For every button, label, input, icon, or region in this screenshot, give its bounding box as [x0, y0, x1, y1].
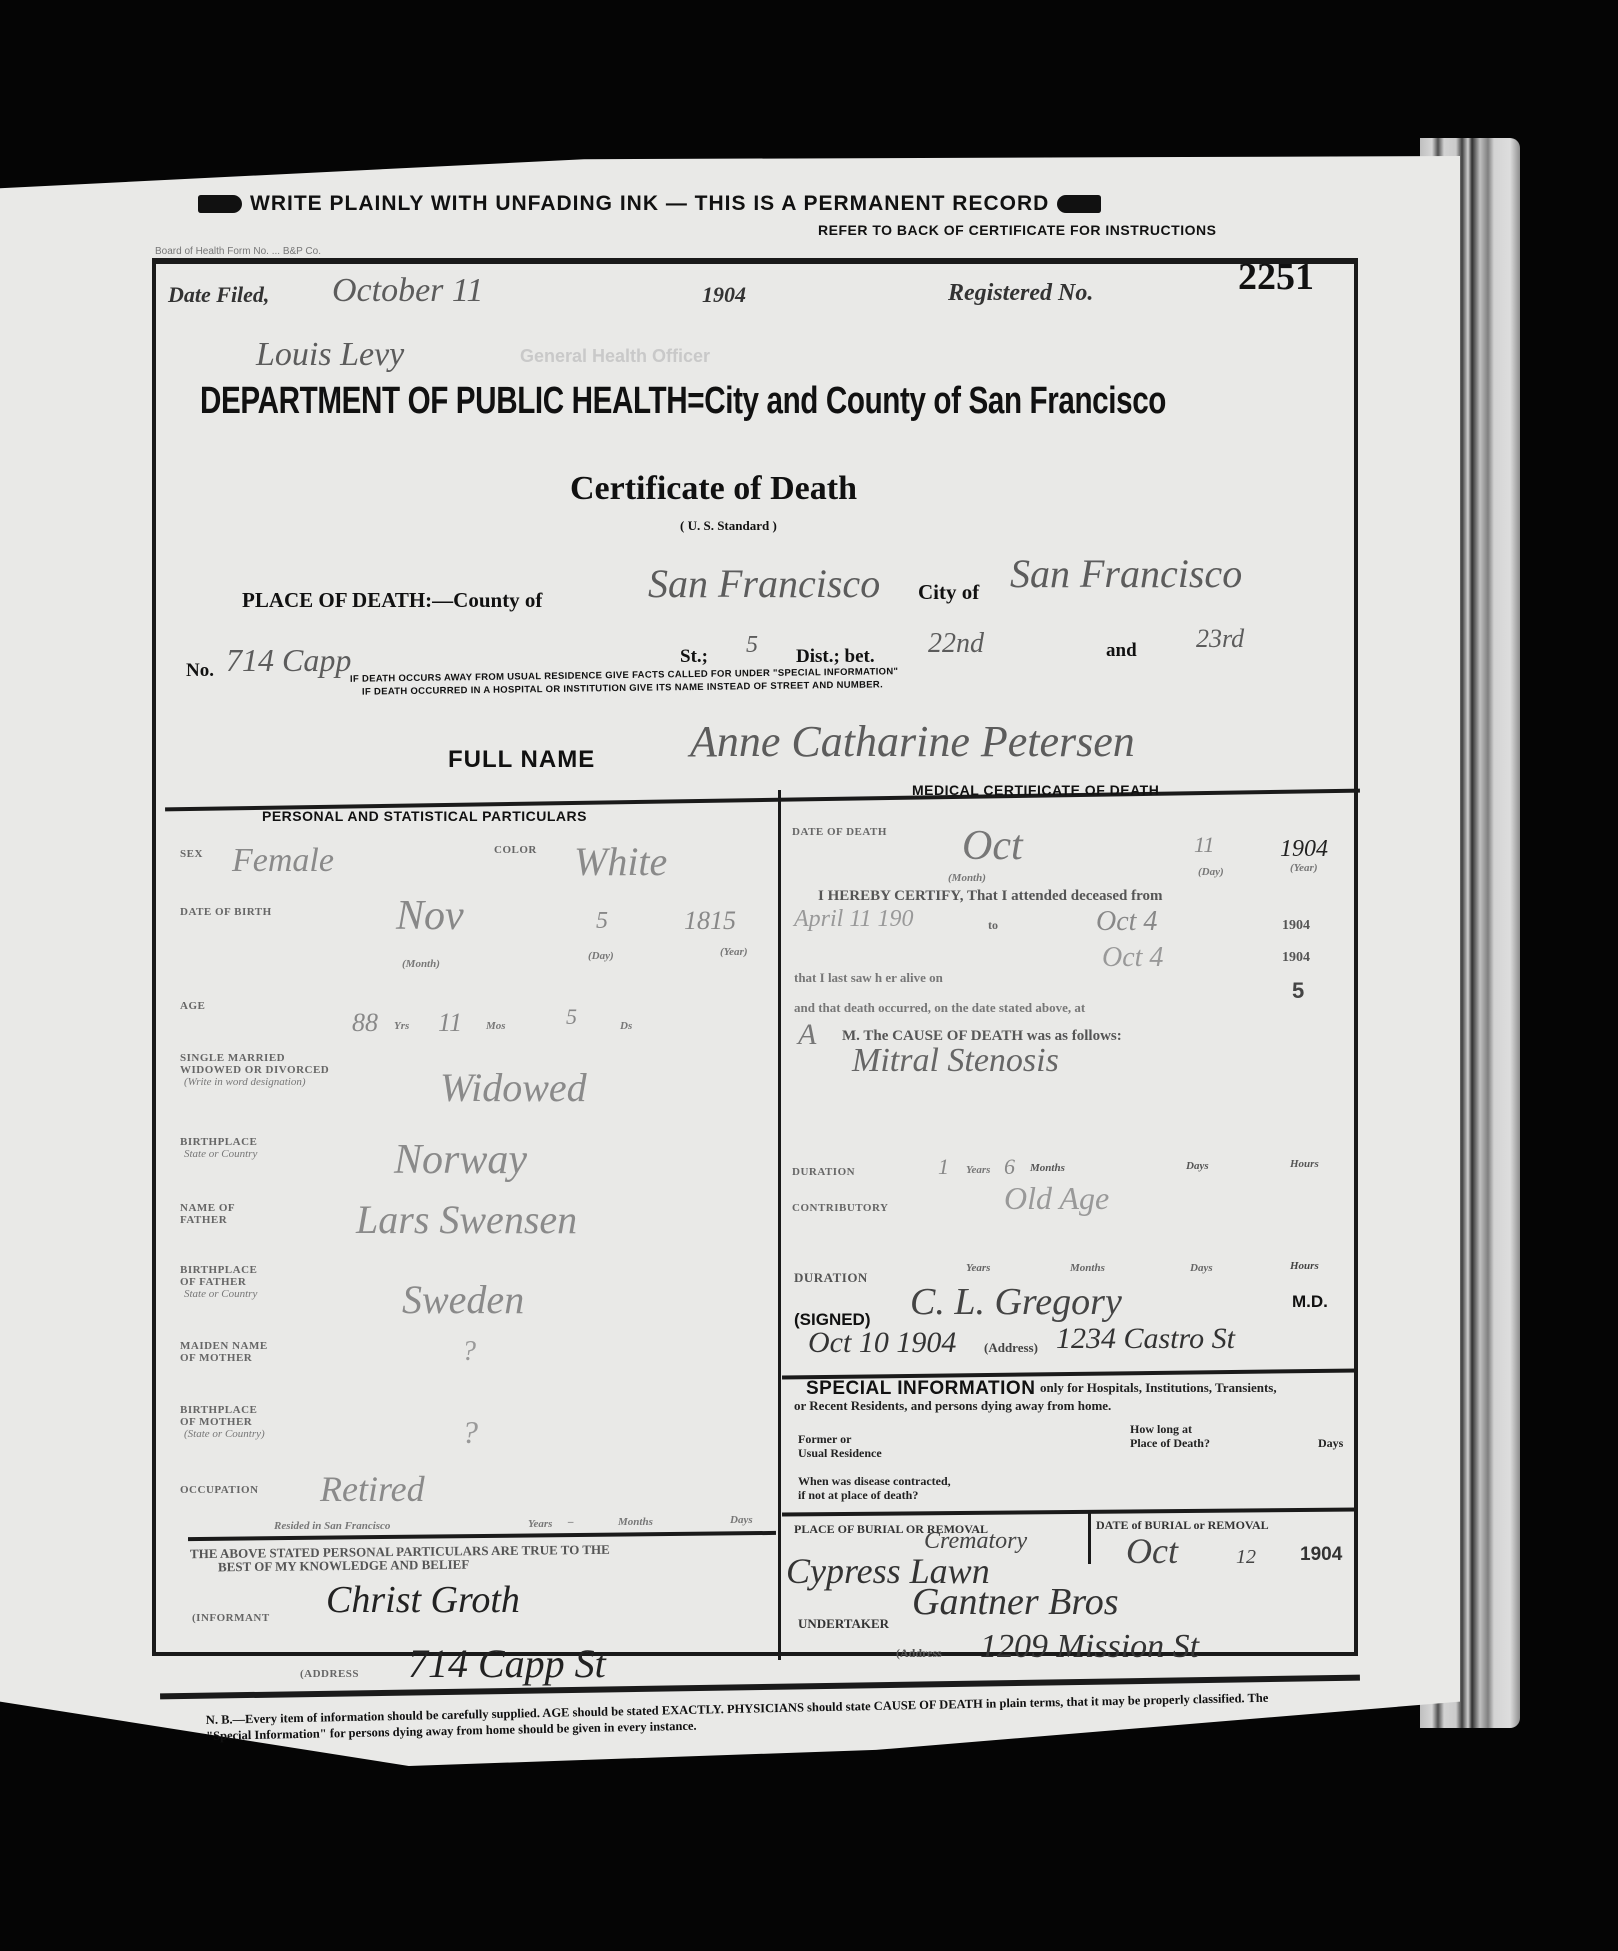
burial-date-year: 1904 [1300, 1544, 1342, 1566]
attended-from: April 11 190 [794, 906, 914, 933]
health-officer-title: General Health Officer [520, 346, 710, 367]
contributory-value: Old Age [1004, 1180, 1109, 1217]
burial-divider [1088, 1512, 1091, 1564]
father-birthplace-label-1: BIRTHPLACE [180, 1264, 257, 1276]
marital-label-2: WIDOWED OR DIVORCED [180, 1064, 329, 1076]
months-caption: Months [1030, 1162, 1065, 1174]
street-value: 714 Capp [226, 642, 351, 679]
attestation-line-2: BEST OF MY KNOWLEDGE AND BELIEF [218, 1557, 469, 1576]
birthplace-sublabel: State or Country [184, 1148, 257, 1160]
date-of-birth-label: DATE OF BIRTH [180, 906, 272, 918]
md-label: M.D. [1292, 1292, 1328, 1312]
st-label: St.; [680, 646, 708, 668]
date-filed-year: 1904 [702, 282, 746, 308]
between-street-2: 23rd [1196, 624, 1244, 654]
us-standard-label: ( U. S. Standard ) [680, 518, 777, 534]
resided-years-label: Years [528, 1518, 552, 1530]
city-value: San Francisco [1010, 550, 1242, 597]
former-residence-label-2: Usual Residence [798, 1446, 882, 1461]
years2-caption: Years [966, 1262, 990, 1274]
father-birthplace-value: Sweden [402, 1276, 524, 1323]
to-label: to [988, 918, 998, 933]
dod-year: 1904 [1280, 836, 1328, 863]
cause-of-death-value: Mitral Stenosis [852, 1042, 1059, 1080]
age-days: 5 [566, 1004, 577, 1030]
dob-day-caption: (Day) [588, 950, 614, 962]
health-officer-signature: Louis Levy [256, 336, 404, 374]
physician-signature: C. L. Gregory [910, 1280, 1122, 1324]
printer-mark: Board of Health Form No. ... B&P Co. [155, 246, 321, 257]
dod-month-caption: (Month) [948, 872, 986, 884]
refer-instructions: REFER TO BACK OF CERTIFICATE FOR INSTRUC… [818, 222, 1216, 238]
informant-value: Christ Groth [326, 1578, 520, 1622]
last-saw-year: 1904 [1282, 950, 1310, 966]
last-saw-date: Oct 4 [1102, 942, 1163, 974]
mother-maiden-value: ? [462, 1336, 476, 1368]
father-birthplace-label-2: OF FATHER [180, 1276, 246, 1288]
informant-label: (Informant [192, 1612, 270, 1624]
birthplace-value: Norway [394, 1136, 527, 1184]
county-value: San Francisco [648, 560, 880, 607]
former-residence-label-1: Former or [798, 1432, 851, 1447]
years-caption: Years [966, 1164, 990, 1176]
how-long-label-2: Place of Death? [1130, 1436, 1210, 1451]
date-filed-value: October 11 [332, 272, 483, 310]
dob-year: 1815 [684, 906, 736, 936]
duration-years: 1 [938, 1154, 949, 1180]
signed-date: Oct 10 1904 [808, 1326, 956, 1360]
death-hour: 5 [1292, 978, 1304, 1004]
hours-caption: Hours [1290, 1158, 1319, 1170]
special-info-title: SPECIAL INFORMATION [806, 1378, 1035, 1400]
permanent-record-warning: WRITE PLAINLY WITH UNFADING INK — THIS I… [190, 192, 1109, 216]
sex-label: SEX [180, 848, 203, 860]
street-no-label: No. [186, 660, 214, 682]
certify-statement: I HEREBY CERTIFY, That I attended deceas… [818, 888, 1163, 905]
date-filed-label: Date Filed, [168, 282, 269, 308]
date-of-death-label: DATE OF DEATH [792, 826, 887, 838]
medical-section-title: MEDICAL CERTIFICATE OF DEATH [912, 782, 1159, 798]
age-years-caption: Yrs [394, 1020, 409, 1032]
burial-date-day: 12 [1236, 1546, 1256, 1569]
dod-year-caption: (Year) [1290, 862, 1318, 874]
dob-year-caption: (Year) [720, 946, 748, 958]
hours2-caption: Hours [1290, 1260, 1319, 1272]
mother-birthplace-value: ? [462, 1414, 478, 1451]
dod-month: Oct [962, 822, 1023, 870]
father-name-label-1: NAME OF [180, 1202, 235, 1214]
undertaker-address-value: 1209 Mission St [980, 1628, 1199, 1666]
undertaker-address-label: (Address [896, 1646, 942, 1661]
am-pm-value: A [798, 1018, 816, 1052]
age-label: AGE [180, 1000, 205, 1012]
age-days-caption: Ds [620, 1020, 632, 1032]
place-of-death-label: PLACE OF DEATH:—County of [242, 588, 542, 613]
special-info-subtitle: only for Hospitals, Institutions, Transi… [1040, 1380, 1277, 1396]
full-name-value: Anne Catharine Petersen [690, 716, 1135, 767]
dod-day: 11 [1194, 832, 1214, 858]
days2-caption: Days [1190, 1262, 1213, 1274]
marital-label-3: (Write in word designation) [184, 1076, 306, 1088]
physician-address-label: (Address) [984, 1340, 1038, 1356]
birthplace-label: BIRTHPLACE [180, 1136, 257, 1148]
resided-label: Resided in San Francisco [274, 1520, 390, 1532]
age-months-caption: Mos [486, 1020, 506, 1032]
father-birthplace-label-3: State or Country [184, 1288, 257, 1300]
how-long-label-1: How long at [1130, 1422, 1192, 1437]
marital-value: Widowed [440, 1064, 587, 1111]
mother-maiden-label-1: MAIDEN NAME [180, 1340, 268, 1352]
special-info-line2: or Recent Residents, and persons dying a… [794, 1398, 1111, 1414]
dob-month-caption: (Month) [402, 958, 440, 970]
death-occurred-label: and that death occurred, on the date sta… [794, 1000, 1085, 1016]
duration-label: DURATION [792, 1166, 855, 1178]
warning-text: WRITE PLAINLY WITH UNFADING INK — THIS I… [250, 192, 1049, 215]
column-divider [778, 790, 781, 1660]
resided-months-label: Months [618, 1516, 653, 1528]
registered-number: 2251 [1238, 255, 1314, 299]
personal-section-title: PERSONAL AND STATISTICAL PARTICULARS [262, 808, 587, 824]
age-years: 88 [352, 1008, 378, 1038]
certificate-title: Certificate of Death [570, 470, 857, 508]
informant-address-label: (Address [300, 1668, 359, 1680]
marital-label-1: SINGLE MARRIED [180, 1052, 285, 1064]
undertaker-value: Gantner Bros [912, 1580, 1119, 1624]
attended-to-year: 1904 [1282, 918, 1310, 934]
resided-years-value: – [568, 1516, 574, 1528]
burial-date-month: Oct [1126, 1530, 1178, 1572]
mother-birthplace-label-1: BIRTHPLACE [180, 1404, 257, 1416]
last-saw-label: that I last saw h er alive on [794, 970, 943, 986]
and-label: and [1106, 640, 1137, 662]
days-caption: Days [1186, 1160, 1209, 1172]
duration2-label: DURATION [794, 1272, 868, 1284]
district-value: 5 [746, 632, 758, 659]
undertaker-label: UNDERTAKER [798, 1616, 889, 1632]
occupation-label: OCCUPATION [180, 1484, 259, 1496]
father-name-value: Lars Swensen [356, 1196, 577, 1243]
informant-address-value: 714 Capp St [408, 1640, 606, 1687]
between-street-1: 22nd [928, 628, 984, 660]
district-label: Dist.; bet. [796, 646, 875, 668]
pointing-hand-icon [198, 195, 242, 213]
father-name-label-2: FATHER [180, 1214, 227, 1226]
resided-days-label: Days [730, 1514, 753, 1526]
duration-months: 6 [1004, 1154, 1015, 1180]
dob-month: Nov [396, 892, 464, 940]
department-heading: DEPARTMENT OF PUBLIC HEALTH=City and Cou… [200, 380, 1166, 423]
contributory-label: CONTRIBUTORY [792, 1202, 888, 1214]
city-label: City of [918, 580, 979, 605]
months2-caption: Months [1070, 1262, 1105, 1274]
registered-label: Registered No. [948, 280, 1093, 307]
mother-maiden-label-2: OF MOTHER [180, 1352, 252, 1364]
color-value: White [574, 838, 667, 885]
dod-day-caption: (Day) [1198, 866, 1224, 878]
color-label: COLOR [494, 844, 537, 856]
age-months: 11 [438, 1008, 462, 1038]
mother-birthplace-label-3: (State or Country) [184, 1428, 265, 1440]
pointing-hand-icon [1057, 195, 1101, 213]
contracted-label-2: if not at place of death? [798, 1488, 918, 1503]
mother-birthplace-label-2: OF MOTHER [180, 1416, 252, 1428]
physician-address-value: 1234 Castro St [1056, 1322, 1235, 1356]
how-long-days-label: Days [1318, 1436, 1343, 1451]
burial-date-label: DATE of BURIAL or REMOVAL [1096, 1518, 1269, 1533]
contracted-label-1: When was disease contracted, [798, 1474, 951, 1489]
occupation-value: Retired [320, 1468, 425, 1510]
sex-value: Female [232, 842, 334, 880]
dob-day: 5 [596, 908, 608, 935]
attended-to: Oct 4 [1096, 906, 1157, 938]
full-name-label: FULL NAME [448, 746, 595, 774]
